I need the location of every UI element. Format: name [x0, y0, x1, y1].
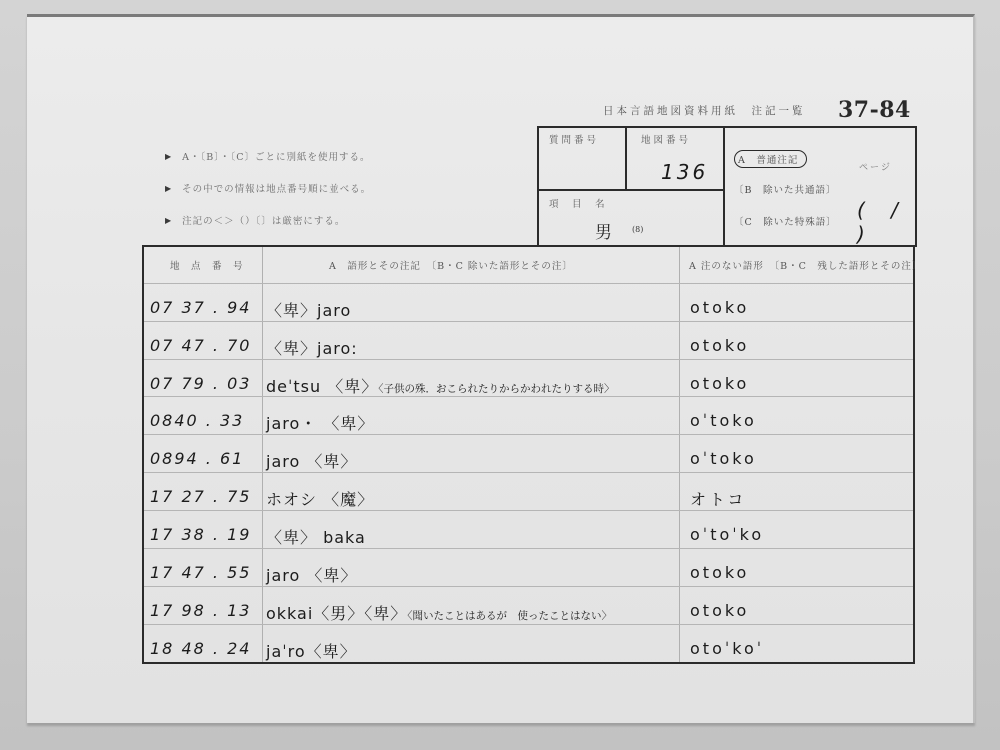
annotated-form: jaˈro〈卑〉 — [266, 639, 357, 662]
item-code: (8) — [632, 225, 643, 234]
map-number-label: 地図番号 — [641, 132, 691, 146]
grid-line — [144, 283, 913, 284]
annotated-form: jaro 〈卑〉 — [266, 449, 357, 472]
annotated-form: 〈卑〉jaro: — [266, 336, 358, 359]
divider — [625, 128, 627, 190]
bullet-triangle-icon: ▶ — [165, 184, 172, 193]
point-number: 17 38 . 19 — [150, 525, 251, 544]
category-b: 〔B 除いた共通語〕 — [734, 182, 836, 196]
divider — [539, 189, 723, 191]
category-a-circled: A 普通注記 — [734, 150, 807, 168]
header-point-number: 地 点 番 号 — [170, 247, 250, 283]
plain-form: oˈtoko — [690, 449, 757, 468]
plain-form: otoko — [690, 601, 749, 620]
annotated-form: ホオシ 〈魔〉 — [266, 487, 374, 510]
instruction-item: ▶ その中での情報は地点番号順に並べる。 — [165, 172, 371, 204]
word-form: jaˈro〈卑〉 — [266, 642, 357, 661]
word-form: jaro・ 〈卑〉 — [266, 414, 374, 433]
annotated-form: 〈卑〉jaro — [266, 298, 351, 321]
table-row: 18 48 . 24jaˈro〈卑〉otoˈkoˈ — [144, 633, 913, 671]
plain-form: oˈtoˈko — [690, 525, 764, 544]
point-number: 0840 . 33 — [150, 411, 244, 430]
page-number: ( / ) — [857, 198, 915, 246]
item-name-label: 項 目 名 — [549, 196, 607, 210]
map-number-value: 136 — [661, 160, 708, 184]
annotated-form: 〈卑〉 baka — [266, 525, 366, 548]
bullet-triangle-icon: ▶ — [165, 152, 172, 161]
plain-form: otoko — [690, 298, 749, 317]
annotated-form: deˈtsu 〈卑〉〈子供の殊．おこられたりからかわれたりする時〉 — [266, 374, 615, 397]
point-number: 17 98 . 13 — [150, 601, 251, 620]
table-row: 07 47 . 70〈卑〉jaro:otoko — [144, 330, 913, 368]
point-number: 17 47 . 55 — [150, 563, 251, 582]
point-number: 0894 . 61 — [150, 449, 244, 468]
annotated-form: okkai〈男〉〈卑〉〈聞いたことはあるが 使ったことはない〉 — [266, 601, 612, 624]
table-row: 07 79 . 03deˈtsu 〈卑〉〈子供の殊．おこられたりからかわれたりす… — [144, 368, 913, 406]
usage-note: 〈子供の殊．おこられたりからかわれたりする時〉 — [378, 383, 614, 395]
word-form: jaro 〈卑〉 — [266, 452, 357, 471]
table-row: 17 47 . 55jaro 〈卑〉otoko — [144, 557, 913, 595]
word-form: deˈtsu 〈卑〉 — [266, 377, 378, 396]
table-row: 17 38 . 19〈卑〉 bakaoˈtoˈko — [144, 519, 913, 557]
info-box: 質問番号 地図番号 136 項 目 名 男 (8) A 普通注記 〔B 除いた共… — [537, 126, 917, 247]
table-row: 17 98 . 13okkai〈男〉〈卑〉〈聞いたことはあるが 使ったことはない… — [144, 595, 913, 633]
plain-form: オトコ — [690, 487, 746, 510]
bullet-triangle-icon: ▶ — [165, 216, 172, 225]
item-name-value: 男 — [595, 218, 612, 243]
word-form: 〈卑〉 baka — [266, 528, 366, 547]
sheet-number: 37-84 — [838, 97, 911, 123]
table-row: 0894 . 61jaro 〈卑〉oˈtoko — [144, 443, 913, 481]
point-number: 07 37 . 94 — [150, 298, 251, 317]
word-form: 〈卑〉jaro — [266, 301, 351, 320]
point-number: 18 48 . 24 — [150, 639, 251, 658]
word-form: jaro 〈卑〉 — [266, 566, 357, 585]
page-label: ページ — [859, 160, 892, 173]
word-form: ホオシ 〈魔〉 — [266, 490, 374, 509]
category-c: 〔C 除いた特殊語〕 — [734, 214, 837, 228]
plain-form: otoko — [690, 563, 749, 582]
instructions: ▶ A・〔B〕・〔C〕ごとに別紙を使用する。 ▶ その中での情報は地点番号順に並… — [165, 140, 371, 236]
point-number: 07 47 . 70 — [150, 336, 251, 355]
usage-note: 〈聞いたことはあるが 使ったことはない〉 — [407, 610, 612, 622]
instruction-item: ▶ A・〔B〕・〔C〕ごとに別紙を使用する。 — [165, 140, 371, 172]
plain-form: otoko — [690, 336, 749, 355]
table-row: 0840 . 33jaro・ 〈卑〉oˈtoko — [144, 405, 913, 443]
divider — [723, 128, 725, 247]
plain-form: otoˈkoˈ — [690, 639, 764, 658]
annotated-form: jaro・ 〈卑〉 — [266, 411, 374, 434]
header-plain-form: A 注のない語形 〔B・C 残した語形とその注〕 — [689, 247, 922, 283]
question-number-label: 質問番号 — [549, 132, 599, 146]
point-number: 07 79 . 03 — [150, 374, 251, 393]
plain-form: oˈtoko — [690, 411, 757, 430]
point-number: 17 27 . 75 — [150, 487, 251, 506]
word-form: 〈卑〉jaro: — [266, 339, 358, 358]
word-form: okkai〈男〉〈卑〉 — [266, 604, 407, 623]
plain-form: otoko — [690, 374, 749, 393]
instruction-item: ▶ 注記の＜＞（）〔〕は厳密にする。 — [165, 204, 371, 236]
form-title: 日本言語地図資料用紙 注記一覧 — [603, 103, 806, 118]
notes-table: 地 点 番 号 A 語形とその注記 〔B・C 除いた語形とその注〕 A 注のない… — [142, 245, 915, 664]
header-annotated-form: A 語形とその注記 〔B・C 除いた語形とその注〕 — [329, 247, 573, 283]
table-row: 07 37 . 94〈卑〉jarootoko — [144, 292, 913, 330]
table-row: 17 27 . 75ホオシ 〈魔〉オトコ — [144, 481, 913, 519]
annotated-form: jaro 〈卑〉 — [266, 563, 357, 586]
